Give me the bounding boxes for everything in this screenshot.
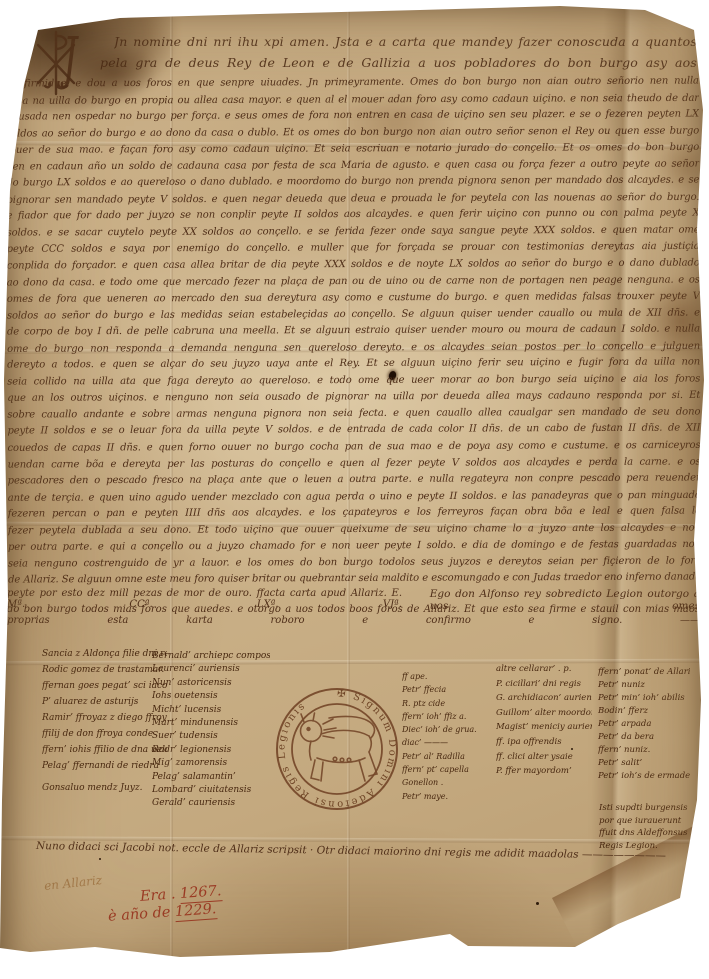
manuscript-photo: J Jn nomine dni nri ihu xpi amen. Jsta e… — [0, 0, 709, 979]
signature-entry: Petr’ min’ ioh’ abilis — [598, 692, 690, 705]
signature-entry: Magist’ meniciy aurien. — [496, 720, 592, 735]
manuscript-line: de Allariz. Se alguun omne este meu foro… — [8, 570, 701, 590]
signature-entry: Iohs ouetensis — [152, 690, 270, 703]
signature-entry: Bernald’ archiepc compostellan’ — [152, 650, 270, 663]
attestation-line: Isti supdti burgensis — [599, 802, 691, 815]
manuscript-line: pela gra de deus Rey de Leon e de Galliz… — [100, 52, 697, 73]
charter-body: de firmidue. e dou a uos foros en que se… — [6, 73, 701, 589]
signature-entry: P. ffer mayordom’ — [496, 764, 592, 779]
parchment: J Jn nomine dni nri ihu xpi amen. Jsta e… — [0, 0, 709, 979]
signature-entry: Mig’ zamorensis — [152, 757, 270, 770]
signature-entry: Petr’ maye. — [402, 790, 480, 803]
manuscript-line: que an los outros uiçinos. e nenguno non… — [7, 388, 700, 408]
signature-entry: ff ape. — [402, 670, 480, 683]
signature-entry: Suer’ tudensis — [152, 730, 270, 743]
signature-entry: P. cicillari’ dni regis — [496, 677, 592, 692]
signature-entry: altre cellarar’ . p. — [496, 662, 592, 677]
manuscript-line: omes de fora que ueneren ao mercado den … — [7, 289, 700, 309]
signature-entry: Ramir’ ffroyaz z diego ffroyaz — [42, 710, 167, 726]
attestation-block: Isti supdti burgensispor que iuraueruntf… — [599, 802, 691, 852]
royal-seal: ✠ Signum Domini Adefonsi Regis Legionis — [271, 686, 404, 816]
signature-entry: Petr’ salit’ — [598, 757, 690, 770]
signature-entry: ffern’ nuniz. — [598, 744, 690, 757]
signature-column-a: Sancia z Aldonça filie dni regisRodic go… — [42, 646, 167, 796]
corroboration-line: do bon burgo todos mias foros que auedes… — [7, 604, 700, 626]
notary-line: Nuno didaci sci Jacobi not. eccle de All… — [36, 840, 666, 862]
signature-entry: Petr’ arpada — [598, 718, 690, 731]
signature-entry: Petr’ da bera — [598, 731, 690, 744]
signature-entry: Petr’ al’ Radilla — [402, 750, 480, 763]
lion-figure — [301, 713, 378, 781]
signature-entry: Lombard’ ciuitatensis — [152, 784, 270, 797]
signature-entry: Pelag’ ffernandi de riedra — [42, 758, 167, 774]
signature-entry: Micht’ lucensis — [152, 704, 270, 717]
attestation-line: ffuit dns Aldeffonsus — [599, 827, 691, 840]
manuscript-line: pignorar sen mandado peyte V soldos. e q… — [6, 190, 699, 210]
signature-entry: P’ aluarez de asturijs — [42, 694, 167, 710]
year-label: è año de — [108, 904, 171, 924]
signature-entry: Laurenci’ auriensis — [152, 663, 270, 676]
attestation-line: por que iurauerunt — [599, 815, 691, 828]
signature-entry: Rodic gomez de trastamar. — [42, 662, 167, 678]
signature-entry: Bodin’ fferz — [598, 705, 690, 718]
seal-inscription: ✠ Signum Domini Adefonsi Regis Legionis — [276, 688, 397, 809]
signature-entry: ffern’ iohis ffilio de dna uelasquida. — [42, 742, 167, 758]
signature-entry: Diec’ ioh’ de grua. — [402, 723, 480, 736]
signature-entry: G. archidiacon’ aurien. — [496, 691, 592, 706]
year-date-note: è año de 1229. — [108, 901, 217, 925]
signature-entry: diac’ ——— — [402, 736, 480, 749]
signature-entry: ffern’ ponat’ de Allariz — [598, 666, 690, 679]
manuscript-line: ome do burgo non responda a demanda neng… — [7, 339, 700, 359]
manuscript-line: peyte CCC soldos e saya por enemigo do c… — [7, 239, 700, 259]
manuscript-line: per outra parte. e qui a conçello ou a j… — [8, 537, 701, 557]
year-value: 1229. — [174, 901, 217, 922]
signature-entry: ff. ipa offrendis — [496, 735, 592, 750]
signature-column-e: ffern’ ponat’ de AllarizPetr’ nunizPetr’… — [598, 666, 690, 783]
signature-entry: Petr’ nuniz — [598, 679, 690, 692]
signature-entry: ffern’ pt’ capella — [402, 763, 480, 776]
signature-entry: Rodr’ legionensis — [152, 744, 270, 757]
signature-entry: R. ptz cide — [402, 697, 480, 710]
signature-column-b: Bernald’ archiepc compostellan’Laurenci’… — [152, 650, 270, 811]
signature-entry: Gerald’ cauriensis — [152, 797, 270, 810]
signature-entry: Gonellon . — [402, 776, 480, 789]
signature-entry: Sancia z Aldonça filie dni regis — [42, 646, 167, 662]
signature-entry: ffilij de don ffroya conde — [42, 726, 167, 742]
signature-entry: ff. clici alter ysaie — [496, 750, 592, 765]
signature-entry: Gonsaluo mendz Juyz. — [42, 780, 167, 796]
signature-entry: ffern’ ioh’ ffiz a. — [402, 710, 480, 723]
era-label: Era . — [140, 886, 176, 904]
signature-entry: Pelag’ salamantin’ — [152, 771, 270, 784]
charter-opening: Jn nomine dni nri ihu xpi amen. Jsta e a… — [10, 31, 697, 73]
manuscript-line: casa na uilla do burgo en propia ou alle… — [6, 90, 699, 110]
manuscript-line: touer de sua mao. e façan foro asy como … — [6, 140, 699, 160]
signature-entry: Petr’ ffecia — [402, 683, 480, 696]
ink-spot — [99, 858, 101, 860]
manuscript-line: Jn nomine dni nri ihu xpi amen. Jsta e a… — [114, 31, 697, 52]
manuscript-line: couedos de capas II dñs. e quen forno ou… — [7, 438, 700, 458]
ink-spot — [536, 902, 539, 905]
manuscript-line: ante de terçia. e quen uino agudo uender… — [8, 488, 701, 508]
signature-entry: Petr’ ioh’s de ermadenall’ — [598, 770, 690, 783]
signature-entry: Nun’ astoricensis — [152, 677, 270, 690]
signature-entry: ffernan goes pegat’ sci iacobi — [42, 678, 167, 694]
signature-entry: Guillom’ alter moordomo — [496, 706, 592, 721]
place-note: en Allariz — [43, 873, 102, 893]
signature-column-c: ff ape.Petr’ ffeciaR. ptz cideffern’ ioh… — [402, 670, 480, 803]
signature-entry: Mart’ mindunensis — [152, 717, 270, 730]
signature-column-d: altre cellarar’ . p.P. cicillari’ dni re… — [496, 662, 592, 779]
